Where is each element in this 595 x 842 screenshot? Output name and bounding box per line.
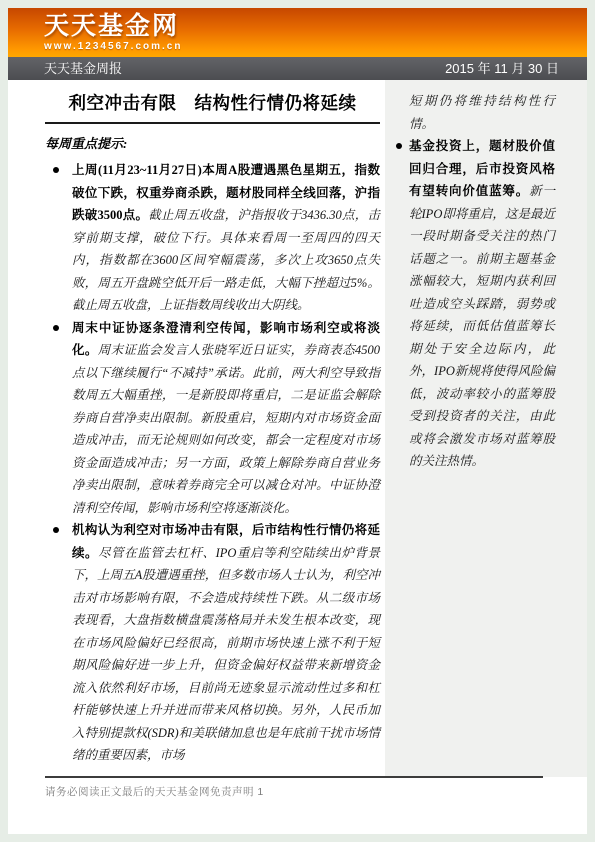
bullet-icon	[53, 325, 59, 331]
disclaimer-text: 请务必阅读正文最后的天天基金网免责声明	[45, 786, 254, 798]
bullet-body-text: 周末证监会发言人张晓军近日证实，券商表态4500点以下继续履行“不减持”承诺。此…	[72, 343, 380, 515]
sidebar-continuation-text: 短期仍将维持结构性行情。	[409, 90, 555, 135]
report-canvas: { "header": { "logo_text": "天天基金网", "log…	[0, 0, 595, 842]
footer-disclaimer: 请务必阅读正文最后的天天基金网免责声明 1	[45, 784, 264, 799]
page-title: 利空冲击有限 结构性行情仍将延续	[45, 90, 380, 115]
list-item: 上周(11月23~11月27日)本周A股遭遇黑色星期五，指数破位下跌，权重券商杀…	[45, 159, 380, 317]
report-date: 2015 年 11 月 30 日	[445, 57, 559, 80]
list-item: 基金投资上，题材股价值回归合理，后市投资风格有望转向价值蓝筹。新一轮IPO即将重…	[409, 135, 555, 473]
highlights-list: 上周(11月23~11月27日)本周A股遭遇黑色星期五，指数破位下跌，权重券商杀…	[45, 159, 380, 767]
bullet-body-text: 截止周五收盘，沪指报收于3436.30点，击穿前期支撑，破位下行。具体来看周一至…	[72, 208, 380, 312]
masthead: 天天基金网 www.1234567.com.cn	[8, 8, 587, 57]
sidebar-column: 短期仍将维持结构性行情。 基金投资上，题材股价值回归合理，后市投资风格有望转向价…	[409, 90, 555, 473]
title-divider	[45, 122, 380, 124]
footer-divider	[45, 776, 543, 778]
main-column: 利空冲击有限 结构性行情仍将延续 每周重点提示: 上周(11月23~11月27日…	[45, 90, 380, 767]
site-logo: 天天基金网	[44, 13, 587, 40]
report-page: 天天基金网 www.1234567.com.cn 天天基金周报 2015 年 1…	[8, 8, 587, 834]
bullet-icon	[396, 143, 402, 149]
bullet-icon	[53, 167, 59, 173]
page-number: 1	[257, 786, 263, 798]
list-item: 机构认为利空对市场冲击有限，后市结构性行情仍将延续。尽管在监管去杠杆、IPO重启…	[45, 519, 380, 767]
bullet-icon	[53, 527, 59, 533]
title-bar: 天天基金周报 2015 年 11 月 30 日	[8, 57, 587, 80]
report-type-label: 天天基金周报	[44, 57, 122, 80]
bullet-body-text: 新一轮IPO即将重启，这是最近一段时期备受关注的热门话题之一。前期主题基金涨幅较…	[409, 184, 555, 468]
bullet-body-text: 尽管在监管去杠杆、IPO重启等利空陆续出炉背景下，上周五A股遭遇重挫，但多数市场…	[72, 546, 380, 763]
list-item: 周末中证协逐条澄清利空传闻，影响市场利空或将淡化。周末证监会发言人张晓军近日证实…	[45, 317, 380, 520]
section-label: 每周重点提示:	[45, 133, 380, 152]
site-url: www.1234567.com.cn	[44, 40, 587, 53]
